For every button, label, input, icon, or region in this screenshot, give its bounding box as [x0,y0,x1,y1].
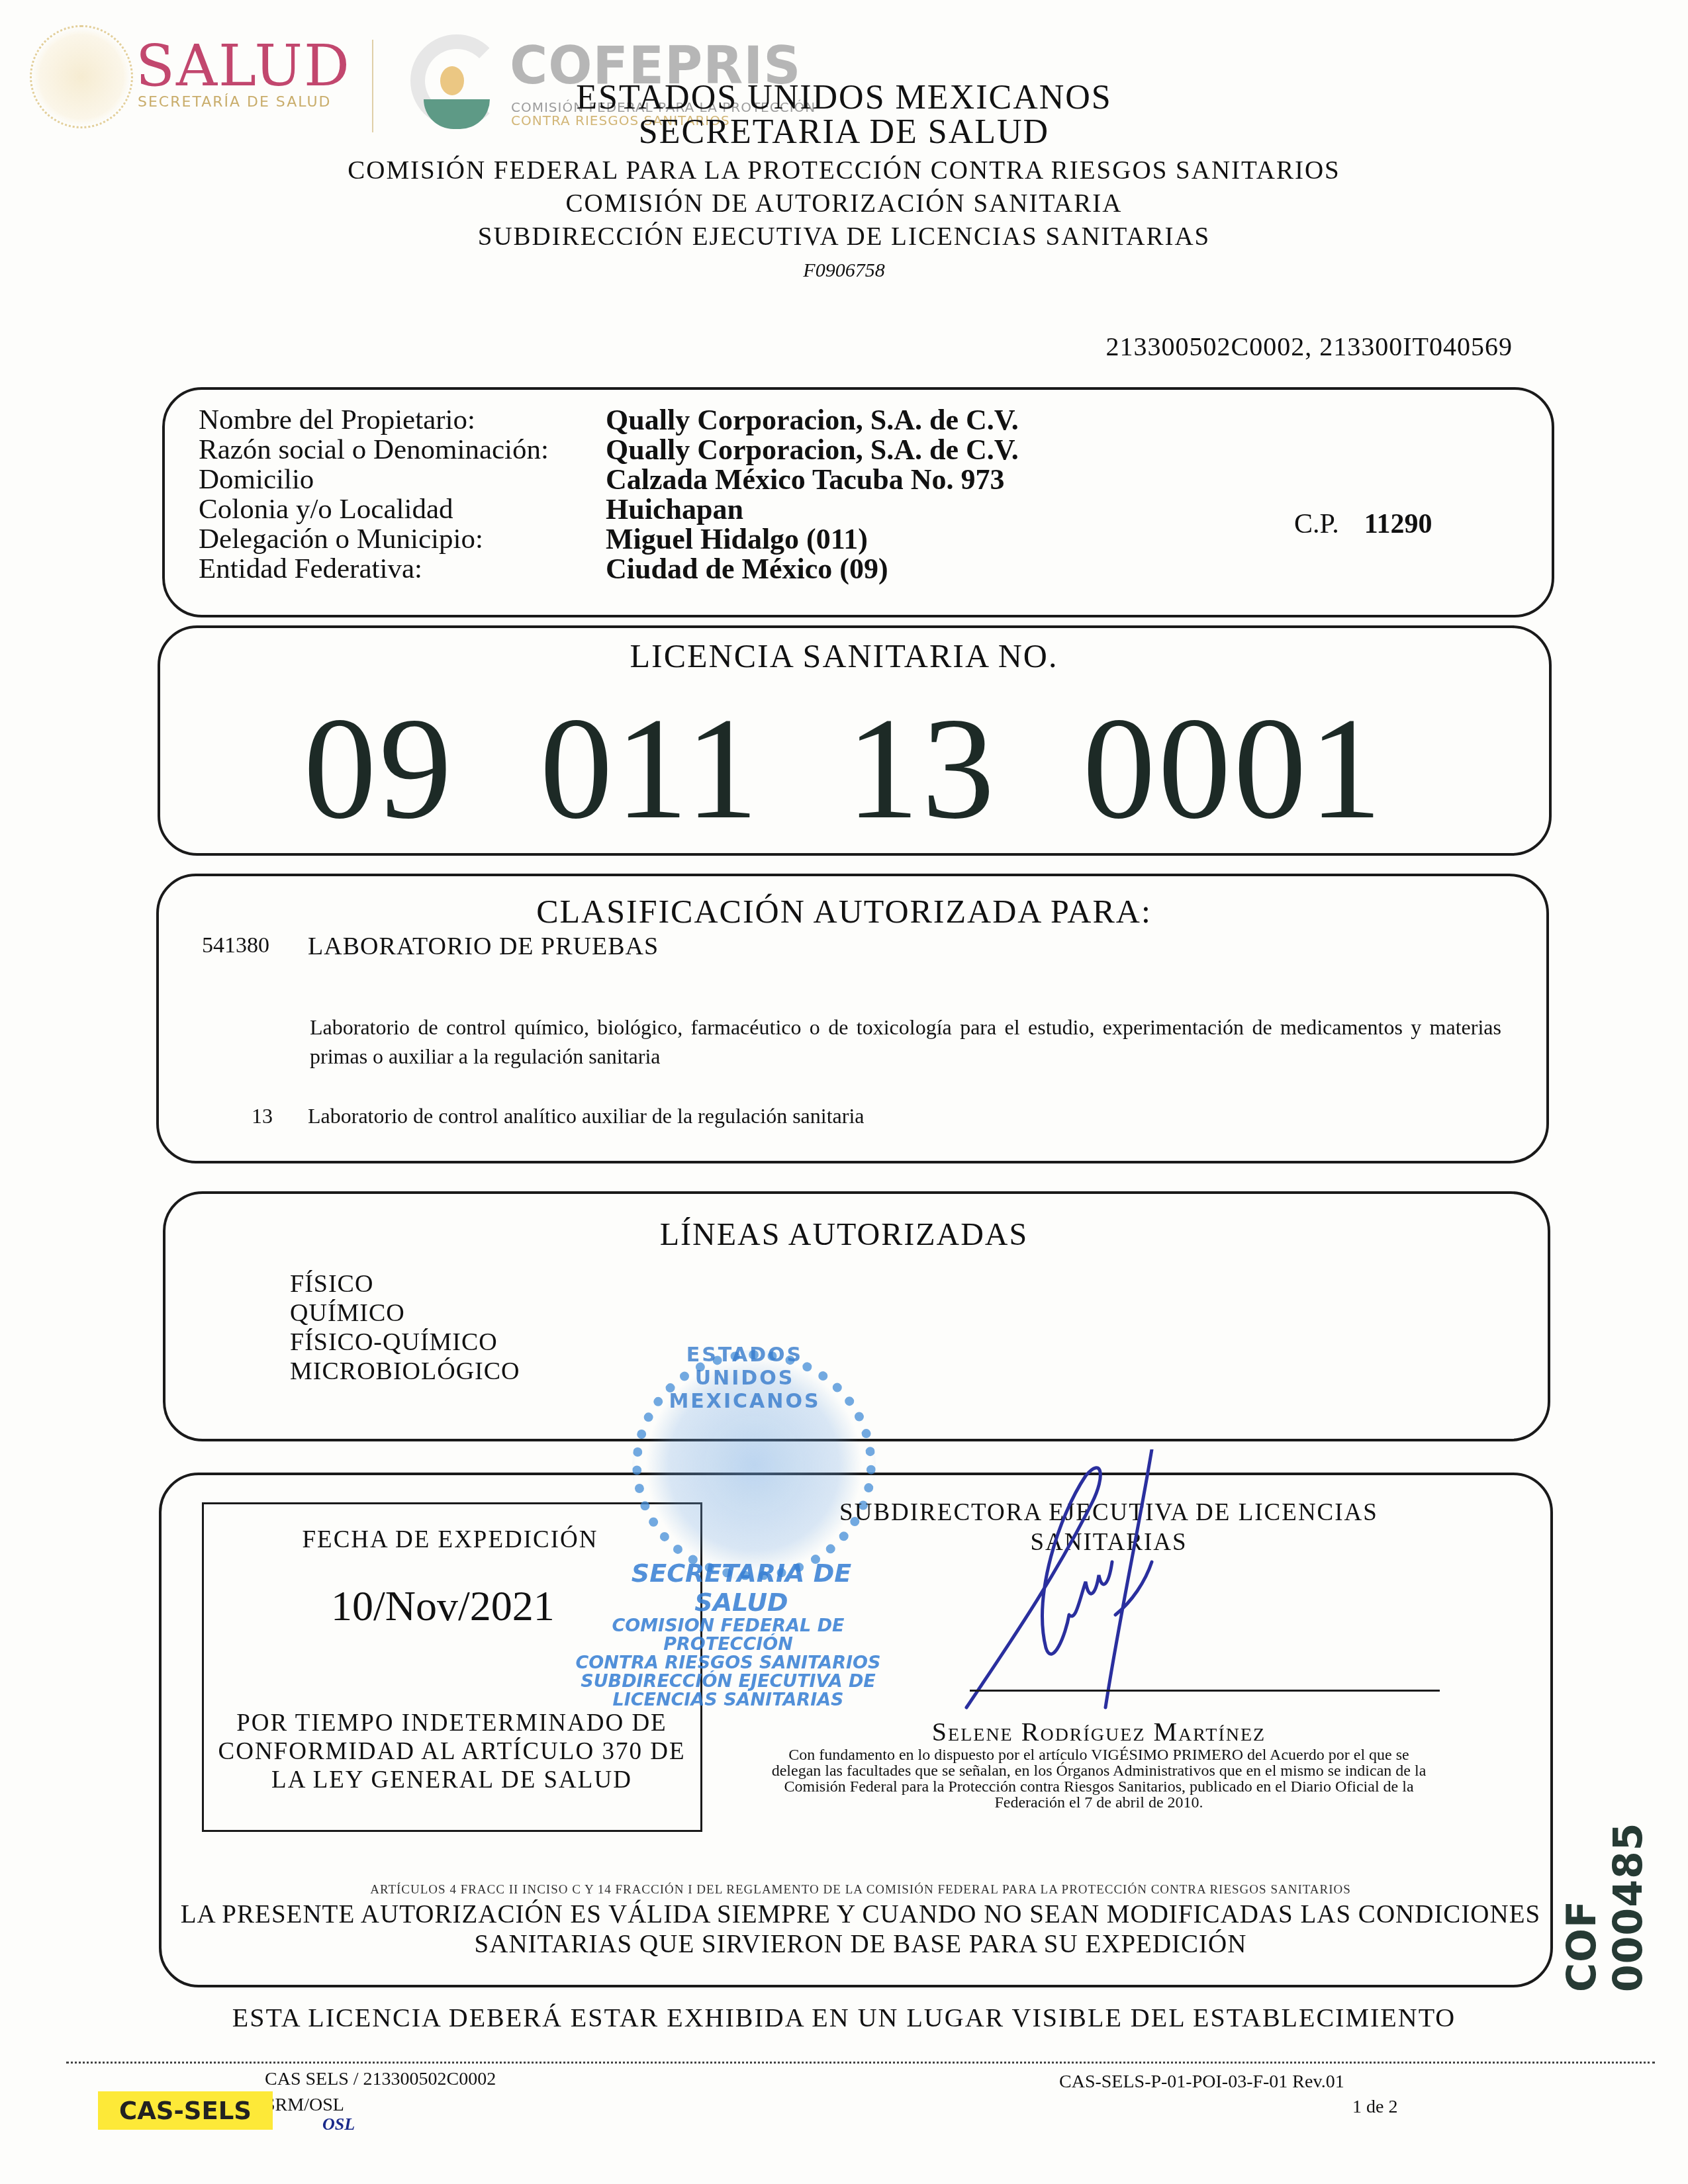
owner-label: Delegación o Municipio: [199,524,549,554]
header-ministry: SECRETARIA DE SALUD [0,113,1688,152]
signer-name: Selene Rodríguez Martínez [768,1716,1430,1747]
header-subdirectorate: SUBDIRECCIÓN EJECUTIVA DE LICENCIAS SANI… [0,222,1688,251]
authorized-line-item: FÍSICO-QUÍMICO [290,1328,520,1357]
reference-numbers: 213300502C0002, 213300IT040569 [1106,331,1513,362]
footer-initials-code: SRM/OSL [265,2095,344,2116]
header-commission: COMISIÓN FEDERAL PARA LA PROTECCIÓN CONT… [0,156,1688,185]
postal-code: C.P.11290 [1294,508,1432,540]
stamp-line: SUBDIRECCIÓN EJECUTIVA DE [556,1672,900,1691]
owner-label: Nombre del Propietario: [199,405,549,435]
municipality: Miguel Hidalgo (011) [606,524,1019,554]
issuance-date-value: 10/Nov/2021 [331,1582,555,1631]
postal-code-label: C.P. [1294,509,1339,539]
header-country: ESTADOS UNIDOS MEXICANOS [0,78,1688,117]
issuance-date-label: FECHA DE EXPEDICIÓN [202,1525,698,1554]
authorized-lines-title: LÍNEAS AUTORIZADAS [0,1216,1688,1253]
stamp-line: COMISION FEDERAL DE PROTECCIÓN [556,1617,900,1654]
stamp-arc-text: ESTADOS UNIDOS MEXICANOS [635,1343,854,1413]
owner-label: Domicilio [199,465,549,494]
classification-name: LABORATORIO DE PRUEBAS [308,932,659,961]
footer-divider [66,2062,1655,2066]
authorized-lines-list: FÍSICO QUÍMICO FÍSICO-QUÍMICO MICROBIOLÓ… [290,1269,520,1386]
authorized-line-item: MICROBIOLÓGICO [290,1357,520,1386]
authorized-line-item: FÍSICO [290,1269,520,1298]
owner-label: Razón social o Denominación: [199,435,549,465]
postal-code-value: 11290 [1364,509,1432,539]
license-title: LICENCIA SANITARIA NO. [0,637,1688,675]
exhibit-notice: ESTA LICENCIA DEBERÁ ESTAR EXHIBIDA EN U… [0,2002,1688,2033]
owner-label: Entidad Federativa: [199,554,549,584]
stamp-line: SECRETARIA DE SALUD [583,1559,900,1617]
neighborhood: Huichapan [606,494,1019,524]
handwritten-initials: OSL [322,2115,355,2134]
owner-label: Colonia y/o Localidad [199,494,549,524]
control-number: COF 000485 [1559,1760,1618,1992]
header-authorization-commission: COMISIÓN DE AUTORIZACIÓN SANITARIA [0,189,1688,218]
classification-code: 541380 [202,933,269,958]
classification-sub-code: 13 [252,1104,273,1128]
footer-form-code: CAS-SELS-P-01-POI-03-F-01 Rev.01 [1059,2071,1344,2093]
stamp-line: LICENCIAS SANITARIAS [556,1691,900,1709]
footer-case-reference: CAS SELS / 213300502C0002 [265,2069,496,2090]
footer-page-number: 1 de 2 [1352,2097,1397,2118]
signature-line [970,1690,1440,1692]
company-name: Qually Corporacion, S.A. de C.V. [606,435,1019,465]
folio-number: F0906758 [0,259,1688,282]
official-stamp-text: SECRETARIA DE SALUD COMISION FEDERAL DE … [556,1559,900,1709]
address: Calzada México Tacuba No. 973 [606,465,1019,494]
classification-description: Laboratorio de control químico, biológic… [310,1013,1501,1071]
state: Ciudad de México (09) [606,554,1019,584]
owner-values: Qually Corporacion, S.A. de C.V. Qually … [606,405,1019,584]
owner-labels: Nombre del Propietario: Razón social o D… [199,405,549,584]
stamp-line: CONTRA RIESGOS SANITARIOS [556,1654,900,1672]
cas-sels-tag: CAS-SELS [98,2091,273,2130]
signer-legal-basis: Con fundamento en lo dispuesto por el ar… [768,1747,1430,1811]
validity-condition-note: LA PRESENTE AUTORIZACIÓN ES VÁLIDA SIEMP… [165,1899,1556,1959]
authorized-line-item: QUÍMICO [290,1298,520,1328]
owner-name: Qually Corporacion, S.A. de C.V. [606,405,1019,435]
handwritten-signature-icon [953,1449,1172,1714]
legal-articles: ARTÍCULOS 4 FRACC II INCISO C Y 14 FRACC… [165,1883,1556,1897]
license-number: 09 011 13 0001 [0,685,1688,852]
classification-sub-name: Laboratorio de control analítico auxilia… [308,1104,865,1128]
classification-title: CLASIFICACIÓN AUTORIZADA PARA: [0,892,1688,931]
validity-statement: POR TIEMPO INDETERMINADO DE CONFORMIDAD … [205,1709,698,1794]
